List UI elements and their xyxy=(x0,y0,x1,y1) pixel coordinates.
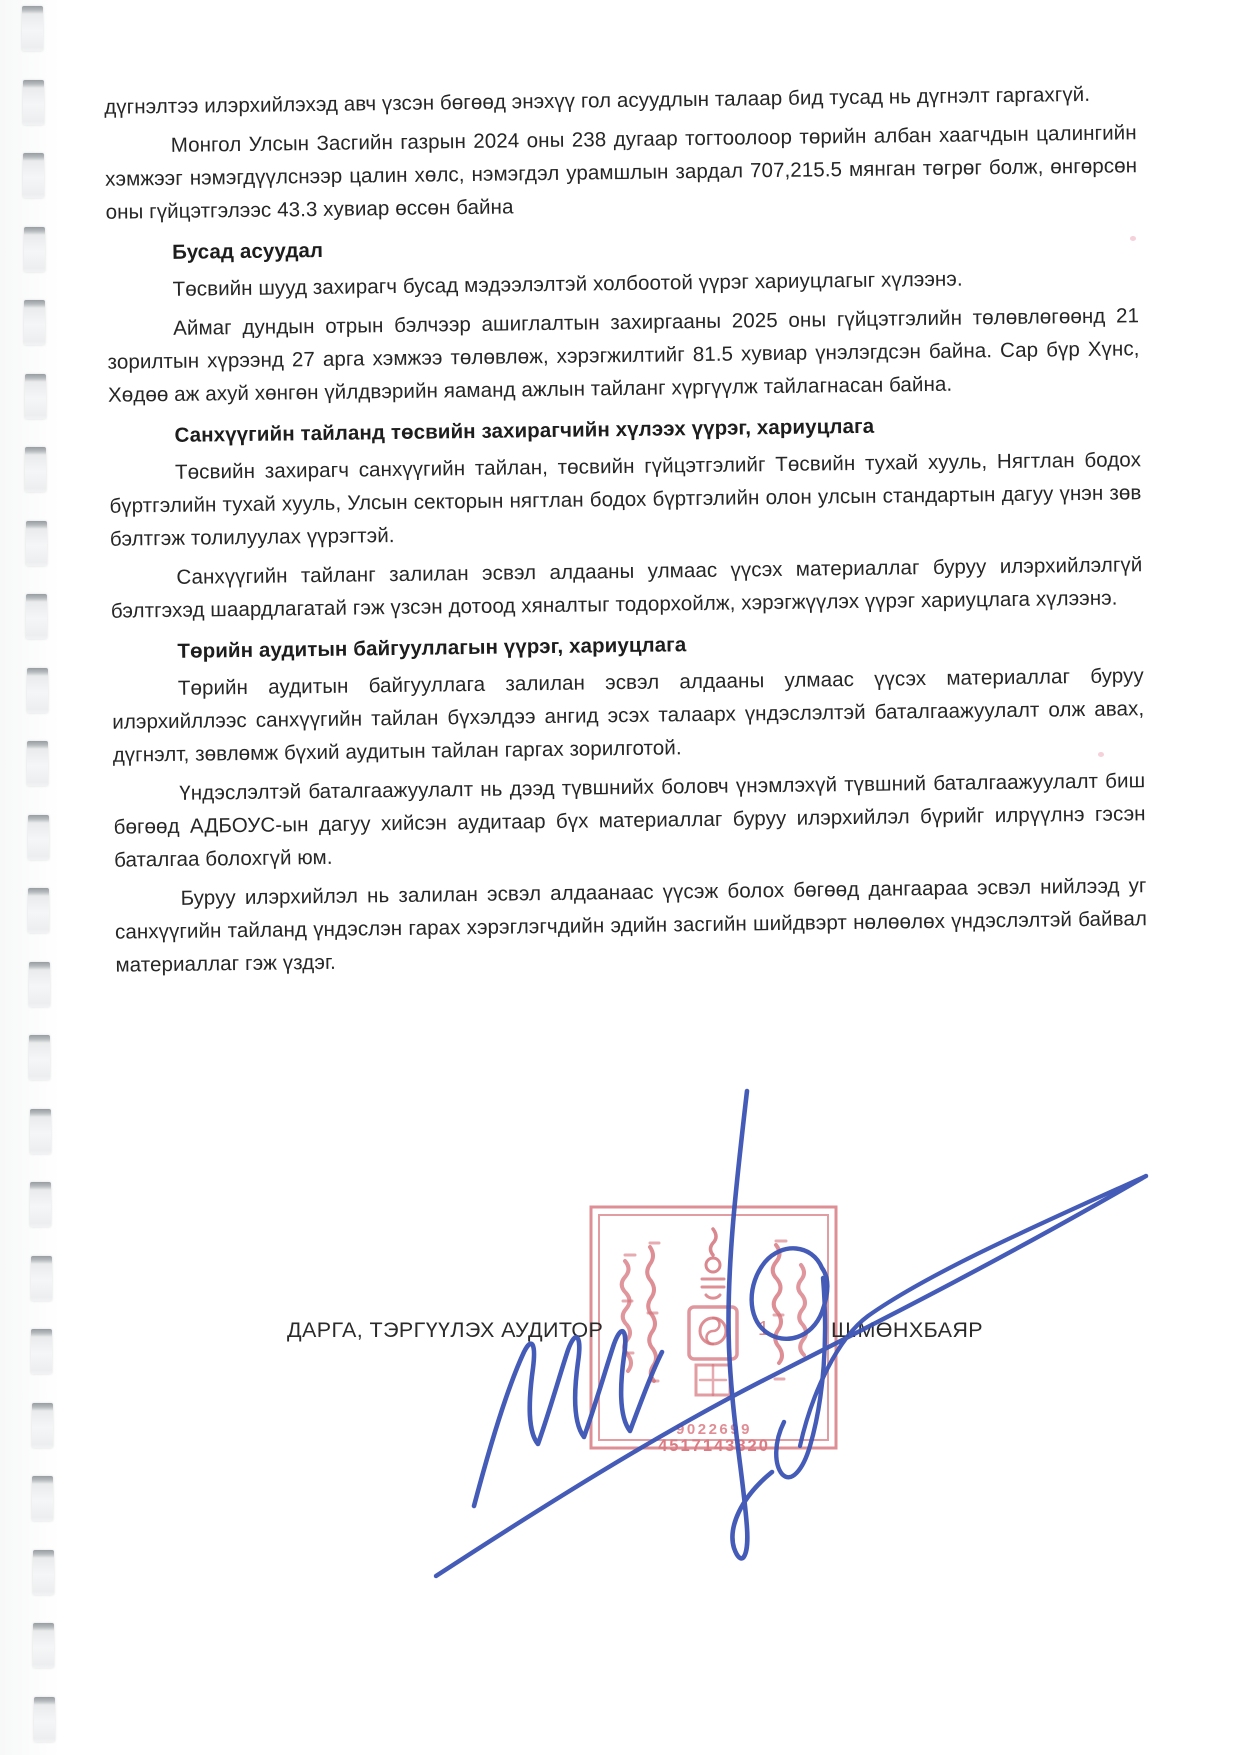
binder-hole-mark xyxy=(33,1623,54,1668)
binder-hole-mark xyxy=(27,741,48,786)
paragraph: Аймаг дундын отрын бэлчээр ашиглалтын за… xyxy=(107,299,1140,412)
binder-hole-mark xyxy=(29,962,50,1007)
signer-title: ДАРГА, ТЭРГҮҮЛЭХ АУДИТОР xyxy=(287,1318,603,1343)
paragraph: Төрийн аудитын байгууллага залилан эсвэл… xyxy=(112,659,1145,771)
binder-hole-mark xyxy=(22,6,43,51)
binder-hole-mark xyxy=(30,1182,51,1227)
binder-hole-mark xyxy=(24,300,45,345)
stamp-number-top: 9022699 xyxy=(676,1421,752,1438)
paragraph: Төсвийн захирагч санхүүгийн тайлан, төсв… xyxy=(109,443,1142,556)
paragraph: Монгол Улсын Засгийн газрын 2024 оны 238… xyxy=(105,116,1138,228)
binder-hole-mark xyxy=(28,815,49,860)
paragraph: Үндэслэлтэй баталгаажуулалт нь дээд түвш… xyxy=(113,764,1146,877)
binder-hole-mark xyxy=(25,447,46,492)
binder-hole-mark xyxy=(32,1476,53,1521)
binder-hole-mark xyxy=(25,374,46,419)
paragraph: Санхүүгийн тайланг залилан эсвэл алдааны… xyxy=(110,548,1143,628)
signature-block: ДАРГА, ТЭРГҮҮЛЭХ АУДИТОР Ш.МӨНХБАЯР xyxy=(0,1318,1242,1358)
binder-hole-mark xyxy=(26,521,47,566)
binder-hole-mark xyxy=(24,227,45,272)
document-body: дүгнэлтээ илэрхийлэхэд авч үзсэн бөгөөд … xyxy=(104,77,1148,987)
scan-speck xyxy=(1130,236,1136,241)
binder-hole-mark xyxy=(33,1550,54,1595)
scanned-document-page: дүгнэлтээ илэрхийлэхэд авч үзсэн бөгөөд … xyxy=(0,0,1242,1755)
binder-hole-mark xyxy=(32,1403,53,1448)
paragraph: Буруу илэрхийлэл нь залилан эсвэл алдаан… xyxy=(114,869,1147,982)
binder-hole-mark xyxy=(23,80,44,125)
scan-speck xyxy=(1098,752,1104,757)
binder-hole-mark xyxy=(23,153,44,198)
paragraph: дүгнэлтээ илэрхийлэхэд авч үзсэн бөгөөд … xyxy=(104,77,1136,124)
binder-hole-mark xyxy=(29,1035,50,1080)
binder-hole-mark xyxy=(34,1697,55,1742)
binder-hole-mark xyxy=(31,1256,52,1301)
binder-hole-mark xyxy=(27,668,48,713)
binder-hole-mark xyxy=(28,888,49,933)
stamp-number-bottom: 4517143820 xyxy=(658,1437,770,1453)
binder-hole-mark xyxy=(30,1109,51,1154)
signer-name: Ш.МӨНХБАЯР xyxy=(831,1318,983,1343)
binder-hole-mark xyxy=(26,594,47,639)
